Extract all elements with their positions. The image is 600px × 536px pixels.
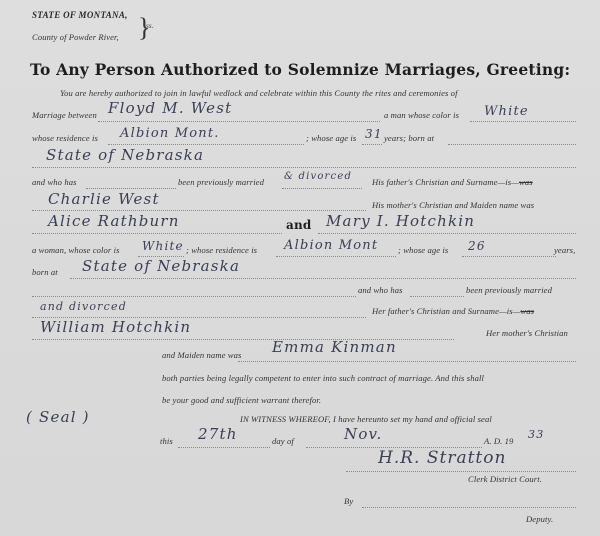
her-mother-label: Her mother's Christian — [486, 328, 568, 338]
bride-birthplace-line — [70, 278, 576, 279]
bride-name: Mary I. Hotchkin — [326, 212, 475, 230]
state-label: STATE OF MONTANA, — [32, 10, 128, 20]
bride-line-blank — [32, 296, 356, 297]
year-value: 33 — [528, 428, 544, 441]
bride-color: White — [142, 239, 184, 253]
his-father-label: His father's Christian and Surname—is—wa… — [372, 177, 533, 187]
years-comma-label: years, — [554, 245, 575, 255]
groom-color-line — [470, 121, 576, 122]
groom-residence-line — [108, 144, 304, 145]
groom-birthplace-line — [32, 167, 576, 168]
by-label: By — [344, 496, 353, 506]
seal-mark: ( Seal ) — [26, 408, 90, 426]
bride-age-line — [462, 256, 556, 257]
man-color-label: a man whose color is — [384, 110, 459, 120]
month-value: Nov. — [344, 425, 382, 443]
this-label: this — [160, 436, 173, 446]
ad-label: A. D. 19 — [484, 436, 513, 446]
groom-has-line — [86, 188, 176, 189]
was-struck-2: was — [520, 306, 534, 316]
bride-father: William Hotchkin — [40, 318, 191, 336]
bride-birthplace: State of Nebraska — [82, 257, 240, 275]
groom-mother: Alice Rathburn — [48, 212, 180, 230]
bride-residence: Albion Mont — [284, 238, 378, 253]
deputy-label: Deputy. — [526, 514, 553, 524]
groom-prev-married: & divorced — [284, 171, 352, 182]
woman-residence-label: ; whose residence is — [186, 245, 257, 255]
deputy-signature-line — [362, 507, 576, 508]
her-father-text: Her father's Christian and Surname—is— — [372, 306, 520, 316]
ss-label: ss. — [146, 22, 154, 30]
county-label: County of Powder River, — [32, 32, 119, 42]
bride-mother: Emma Kinman — [272, 338, 397, 356]
woman-color-label: a woman, whose color is — [32, 245, 120, 255]
groom-color: White — [484, 104, 529, 119]
age-label: ; whose age is — [306, 133, 356, 143]
intro-text: You are hereby authorized to join in law… — [60, 88, 458, 98]
witness-text: IN WITNESS WHEREOF, I have hereunto set … — [240, 414, 492, 424]
clerk-signature-line — [346, 471, 576, 472]
his-father-text: His father's Christian and Surname—is— — [372, 177, 519, 187]
competent-text-1: both parties being legally competent to … — [162, 373, 484, 383]
clerk-label: Clerk District Court. — [468, 474, 542, 484]
groom-birthplace: State of Nebraska — [46, 146, 204, 164]
groom-born-line-1 — [448, 144, 576, 145]
been-prev-married-label: been previously married — [178, 177, 264, 187]
bride-residence-line — [276, 256, 396, 257]
groom-prev-married-line — [282, 188, 362, 189]
and-who-has-label: and who has — [32, 177, 77, 187]
bride-mother-line — [238, 361, 576, 362]
bride-age: 26 — [468, 239, 486, 253]
bride-prev-married: and divorced — [40, 300, 127, 313]
groom-age: 31 — [365, 127, 383, 141]
day-value: 27th — [198, 425, 238, 443]
his-mother-label: His mother's Christian and Maiden name w… — [372, 200, 534, 210]
marriage-license-document: STATE OF MONTANA, County of Powder River… — [0, 0, 600, 536]
clerk-signature: H.R. Stratton — [378, 448, 506, 468]
born-at-label: born at — [32, 267, 58, 277]
day-line — [178, 447, 270, 448]
maiden-name-label: and Maiden name was — [162, 350, 241, 360]
groom-age-line — [362, 144, 382, 145]
bride-name-line — [318, 233, 576, 234]
day-of-label: day of — [272, 436, 294, 446]
competent-text-2: be your good and sufficient warrant ther… — [162, 395, 321, 405]
groom-residence: Albion Mont. — [120, 126, 220, 141]
residence-label: whose residence is — [32, 133, 98, 143]
her-prev-married-label: been previously married — [466, 285, 552, 295]
woman-age-label: ; whose age is — [398, 245, 448, 255]
bride-has-line — [410, 296, 464, 297]
groom-father: Charlie West — [48, 190, 160, 208]
marriage-between-label: Marriage between — [32, 110, 97, 120]
groom-name-line — [98, 121, 380, 122]
her-and-who-has-label: and who has — [358, 285, 403, 295]
groom-father-line — [32, 210, 366, 211]
groom-name: Floyd M. West — [108, 99, 232, 117]
and-label: and — [286, 218, 312, 232]
groom-mother-line — [32, 233, 282, 234]
years-born-label: years; born at — [384, 133, 434, 143]
was-struck: was — [519, 177, 533, 187]
her-father-label: Her father's Christian and Surname—is—wa… — [372, 306, 534, 316]
page-title: To Any Person Authorized to Solemnize Ma… — [30, 60, 570, 79]
